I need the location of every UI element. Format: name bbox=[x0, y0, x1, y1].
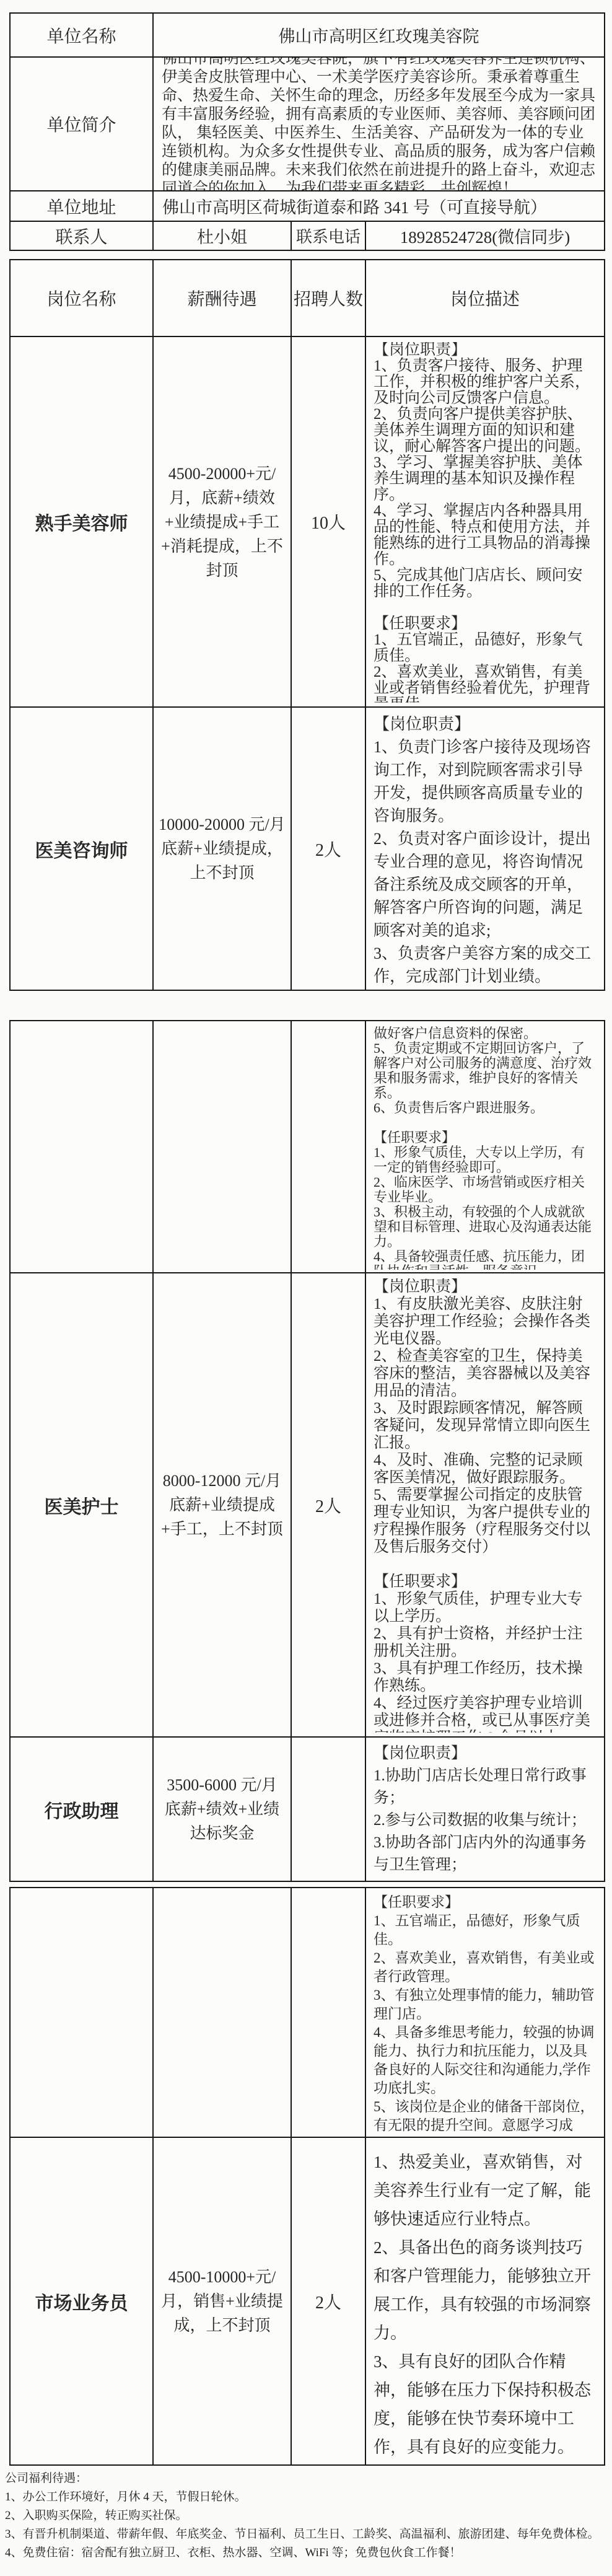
empty-cell bbox=[10, 1888, 153, 2137]
job-description-continued: 做好客户信息资料的保密。 5、负责定期或不定期回访客户，了解客户对公司服务的满意… bbox=[365, 1021, 605, 1273]
job-count: 2人 bbox=[291, 707, 365, 990]
job-salary: 3500-6000 元/月 底薪+绩效+业绩达标奖金 bbox=[153, 1737, 291, 1881]
job-description: 【岗位职责】 1、负责门诊客户接待及现场咨询工作，对到院顾客需求引导开发，提供顾… bbox=[365, 707, 605, 990]
welfare-item: 2、入职购买保险，转正购买社保。 bbox=[5, 2507, 607, 2525]
empty-cell bbox=[291, 1021, 365, 1273]
job-salary: 4500-20000+元/月，底薪+绩效+业绩提成+手工+消耗提成，上不封顶 bbox=[153, 336, 291, 707]
contact-name: 杜小姐 bbox=[153, 221, 291, 250]
unit-name-label: 单位名称 bbox=[10, 13, 153, 57]
header-count: 招聘人数 bbox=[291, 260, 365, 336]
job-description: 【岗位职责】 1、有皮肤激光美容、皮肤注射美容护理工作经验；会操作各类光电仪器。… bbox=[365, 1273, 605, 1737]
job-row-market-salesperson: 市场业务员 4500-10000+元/月，销售+业绩提成，上不封顶 2人 1、热… bbox=[10, 2137, 605, 2465]
job-posting-page: 单位名称 佛山市高明区红玫瑰美容院 单位简介 佛山市高明区红玫瑰美容院，旗下有红… bbox=[0, 0, 612, 2576]
phone-value: 18928524728(微信同步) bbox=[365, 221, 605, 250]
job-description: 【岗位职责】 1、负责客户接待、服务、护理工作，并积极的维护客户关系，及时向公司… bbox=[365, 336, 605, 707]
welfare-item: 1、办公工作环境好，月休 4 天，节假日轮休。 bbox=[5, 2488, 607, 2507]
job-description: 【岗位职责】 1.协助门店店长处理日常行政事务； 2.参与公司数据的收集与统计；… bbox=[365, 1737, 605, 1881]
job-row-nurse: 医美护士 8000-12000 元/月 底薪+业绩提成+手工，上不封顶 2人 【… bbox=[10, 1273, 605, 1737]
job-name: 医美咨询师 bbox=[10, 707, 153, 990]
job-count: 10人 bbox=[291, 336, 365, 707]
job-name: 市场业务员 bbox=[10, 2137, 153, 2465]
job-row-beautician: 熟手美容师 4500-20000+元/月，底薪+绩效+业绩提成+手工+消耗提成，… bbox=[10, 336, 605, 707]
job-row-consultant: 医美咨询师 10000-20000 元/月 底薪+业绩提成，上不封顶 2人 【岗… bbox=[10, 707, 605, 990]
welfare-section: 公司福利待遇： 1、办公工作环境好，月休 4 天，节假日轮休。 2、入职购买保险… bbox=[5, 2469, 607, 2562]
intro-label: 单位简介 bbox=[10, 57, 153, 191]
welfare-item: 3、有晋升机制渠道、带薪年假、年底奖金、节日福利、员工生日、工龄奖、高温福利、旅… bbox=[5, 2525, 607, 2544]
header-salary: 薪酬待遇 bbox=[153, 260, 291, 336]
row-company-intro: 单位简介 佛山市高明区红玫瑰美容院，旗下有红玫瑰美容养生连锁机构、伊美舍皮肤管理… bbox=[10, 57, 605, 191]
company-info-table: 单位名称 佛山市高明区红玫瑰美容院 单位简介 佛山市高明区红玫瑰美容院，旗下有红… bbox=[9, 12, 605, 251]
row-contact: 联系人 杜小姐 联系电话 18928524728(微信同步) bbox=[10, 221, 605, 250]
job-count: 2人 bbox=[291, 1273, 365, 1737]
welfare-item: 4、免费住宿：宿舍配有独立厨卫、衣柜、热水器、空调、WiFi 等；免费包伙食工作… bbox=[5, 2544, 607, 2562]
empty-cell bbox=[10, 1021, 153, 1273]
job-table-header-row: 岗位名称 薪酬待遇 招聘人数 岗位描述 bbox=[10, 260, 605, 336]
row-address: 单位地址 佛山市高明区荷城街道泰和路 341 号（可直接导航） bbox=[10, 191, 605, 221]
address-label: 单位地址 bbox=[10, 191, 153, 221]
job-name: 熟手美容师 bbox=[10, 336, 153, 707]
job-count bbox=[291, 1737, 365, 1881]
header-description: 岗位描述 bbox=[365, 260, 605, 336]
job-name: 医美护士 bbox=[10, 1273, 153, 1737]
contact-label: 联系人 bbox=[10, 221, 153, 250]
header-position: 岗位名称 bbox=[10, 260, 153, 336]
row-unit-name: 单位名称 佛山市高明区红玫瑰美容院 bbox=[10, 13, 605, 57]
job-row-admin-assistant: 行政助理 3500-6000 元/月 底薪+绩效+业绩达标奖金 【岗位职责】 1… bbox=[10, 1737, 605, 1881]
empty-cell bbox=[153, 1888, 291, 2137]
job-description: 1、热爱美业，喜欢销售，对美容养生行业有一定了解，能够快速适应行业特点。 2、具… bbox=[365, 2137, 605, 2465]
job-table-block-1: 岗位名称 薪酬待遇 招聘人数 岗位描述 熟手美容师 4500-20000+元/月… bbox=[9, 259, 605, 991]
unit-name-value: 佛山市高明区红玫瑰美容院 bbox=[153, 13, 605, 57]
job-salary: 10000-20000 元/月 底薪+业绩提成，上不封顶 bbox=[153, 707, 291, 990]
welfare-title: 公司福利待遇： bbox=[5, 2469, 607, 2488]
job-row-consultant-continued: 做好客户信息资料的保密。 5、负责定期或不定期回访客户，了解客户对公司服务的满意… bbox=[10, 1021, 605, 1273]
job-salary: 8000-12000 元/月 底薪+业绩提成+手工，上不封顶 bbox=[153, 1273, 291, 1737]
job-table-block-2: 做好客户信息资料的保密。 5、负责定期或不定期回访客户，了解客户对公司服务的满意… bbox=[9, 1020, 605, 1882]
job-count: 2人 bbox=[291, 2137, 365, 2465]
address-value: 佛山市高明区荷城街道泰和路 341 号（可直接导航） bbox=[153, 191, 605, 221]
empty-cell bbox=[153, 1021, 291, 1273]
intro-text: 佛山市高明区红玫瑰美容院，旗下有红玫瑰美容养生连锁机构、伊美舍皮肤管理中心、一术… bbox=[154, 59, 603, 189]
job-description-continued: 【任职要求】 1、五官端正，品德好，形象气质佳。 2、喜欢美业，喜欢销售，有美业… bbox=[365, 1888, 605, 2137]
job-name: 行政助理 bbox=[10, 1737, 153, 1881]
job-salary: 4500-10000+元/月，销售+业绩提成，上不封顶 bbox=[153, 2137, 291, 2465]
job-table-block-3: 【任职要求】 1、五官端正，品德好，形象气质佳。 2、喜欢美业，喜欢销售，有美业… bbox=[9, 1887, 605, 2466]
phone-label: 联系电话 bbox=[291, 221, 365, 250]
job-row-admin-continued: 【任职要求】 1、五官端正，品德好，形象气质佳。 2、喜欢美业，喜欢销售，有美业… bbox=[10, 1888, 605, 2137]
intro-value: 佛山市高明区红玫瑰美容院，旗下有红玫瑰美容养生连锁机构、伊美舍皮肤管理中心、一术… bbox=[153, 57, 605, 191]
empty-cell bbox=[291, 1888, 365, 2137]
